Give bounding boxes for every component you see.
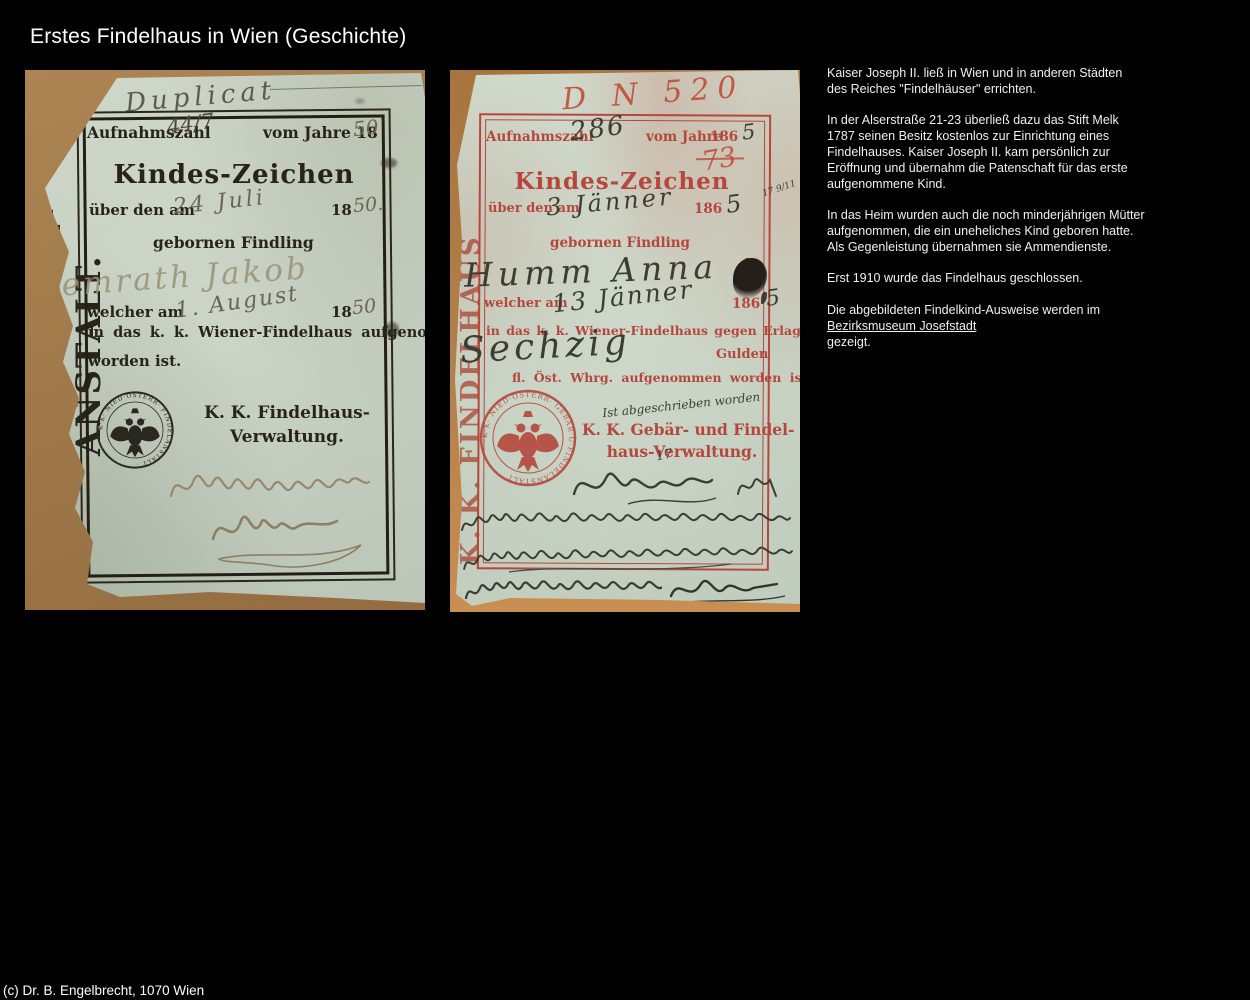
article-line: In das Heim wurden auch die noch minderj…	[827, 208, 1145, 222]
paragraph-4: Erst 1910 wurde das Findelhaus geschloss…	[827, 271, 1175, 287]
article-line: Als Gegenleistung übernahmen sie Ammendi…	[827, 240, 1111, 254]
doc1-ink-smudge-2	[385, 322, 399, 338]
paragraph-3: In das Heim wurden auch die noch minderj…	[827, 208, 1175, 255]
doc1-signature-2	[205, 505, 380, 577]
doc1-welcher-label: welcher am	[87, 303, 183, 321]
doc2-jahr3-value: 5	[764, 285, 781, 312]
doc2-jahr3-print: 186	[732, 296, 760, 312]
page: Erstes Findelhaus in Wien (Geschichte) K…	[0, 0, 1250, 1000]
doc1-side-label: K. K. FINDEL-ANSTALT.	[29, 122, 75, 588]
document-photo-2: K. K. FINDELHAUS D N 520 Aufnahmszahl 28…	[450, 70, 800, 612]
bezirksmuseum-josefstadt-link[interactable]: Bezirksmuseum Josefstadt	[827, 319, 976, 333]
doc1-jahr2-value: 50.	[352, 193, 384, 218]
doc2-verwaltung-line1: K. K. Gebär- und Findel-	[582, 420, 782, 439]
doc1-ink-smudge-1	[381, 158, 397, 168]
article-line: Findelhauses. Kaiser Joseph II. kam pers…	[827, 145, 1110, 159]
doc1-jahr3-value: 50	[351, 295, 377, 319]
doc2-margin-scrawl	[732, 466, 782, 506]
paragraph-1: Kaiser Joseph II. ließ in Wien und in an…	[827, 66, 1175, 98]
article-line: Die abgebildeten Findelkind-Ausweise wer…	[827, 303, 1100, 317]
doc1-jahr-value: 50	[352, 115, 380, 142]
doc1-verwaltung-line1: K. K. Findelhaus-	[197, 403, 377, 423]
paragraph-5: Die abgebildeten Findelkind-Ausweise wer…	[827, 303, 1175, 350]
article-line: Kaiser Joseph II. ließ in Wien und in an…	[827, 66, 1122, 80]
article-text: Kaiser Joseph II. ließ in Wien und in an…	[827, 66, 1175, 366]
article-line: Erst 1910 wurde das Findelhaus geschloss…	[827, 271, 1083, 285]
doc1-imperial-seal: K·K· NIED·ÖSTERR· FINDELANSTALT ·	[95, 390, 175, 470]
document-photo-1: K. K. FINDEL-ANSTALT. Duplicat Aufnahmsz…	[25, 70, 425, 610]
article-line: Eröffnung und übernahm die Patenschaft f…	[827, 161, 1128, 175]
doc1-worden-zeile: worden ist.	[88, 352, 181, 370]
doc2-jahr2-print: 186	[694, 201, 722, 217]
page-title: Erstes Findelhaus in Wien (Geschichte)	[30, 25, 406, 49]
doc2-script-row-3	[462, 570, 662, 610]
doc2-paper: K. K. FINDELHAUS D N 520 Aufnahmszahl 28…	[450, 70, 800, 612]
doc1-content: K. K. FINDEL-ANSTALT. Duplicat Aufnahmsz…	[25, 70, 425, 610]
article-line: In der Alserstraße 21-23 überließ dazu d…	[827, 113, 1119, 127]
doc2-imperial-seal: K·K· NIED·ÖSTERR· GEBÄR·U·FINDELANSTALT	[478, 388, 578, 488]
paragraph-2: In der Alserstraße 21-23 überließ dazu d…	[827, 113, 1175, 192]
article-line: aufgenommen, die ein uneheliches Kind ge…	[827, 224, 1133, 238]
doc1-ink-smudge-3	[355, 98, 365, 104]
article-line: 1787 seinen Besitz kostenlos zur Einrich…	[827, 129, 1109, 143]
article-line: aufgenommene Kind.	[827, 177, 946, 191]
doc2-jahr-value: 5	[741, 119, 757, 144]
article-line: des Reiches "Findelhäuser" errichten.	[827, 82, 1036, 96]
doc1-aufnahme-zeile: in das k. k. Wiener-Findelhaus aufgenomm…	[88, 324, 425, 341]
doc1-jahr3-print: 18	[331, 303, 352, 321]
doc2-pencil-number: 17	[655, 447, 674, 465]
doc1-paper: K. K. FINDEL-ANSTALT. Duplicat Aufnahmsz…	[25, 70, 425, 610]
doc2-content: K. K. FINDELHAUS D N 520 Aufnahmszahl 28…	[450, 70, 800, 612]
doc1-pencil-line	[270, 85, 422, 90]
doc1-verwaltung-line2: Verwaltung.	[197, 427, 377, 447]
doc2-top-note: D N 520	[561, 70, 746, 117]
doc1-title: Kindes-Zeichen	[79, 160, 389, 190]
article-line: gezeigt.	[827, 335, 871, 349]
doc1-jahr2-print: 18	[331, 201, 352, 219]
doc2-gulden-label: Gulden	[716, 347, 768, 362]
doc2-whrg-zeile: fl. Öst. Whrg. aufgenommen worden ist.	[512, 370, 800, 385]
doc2-signature-bottom	[665, 572, 790, 608]
copyright-notice: (c) Dr. B. Engelbrecht, 1070 Wien	[3, 983, 204, 998]
doc1-findling-label: gebornen Findling	[153, 233, 314, 252]
